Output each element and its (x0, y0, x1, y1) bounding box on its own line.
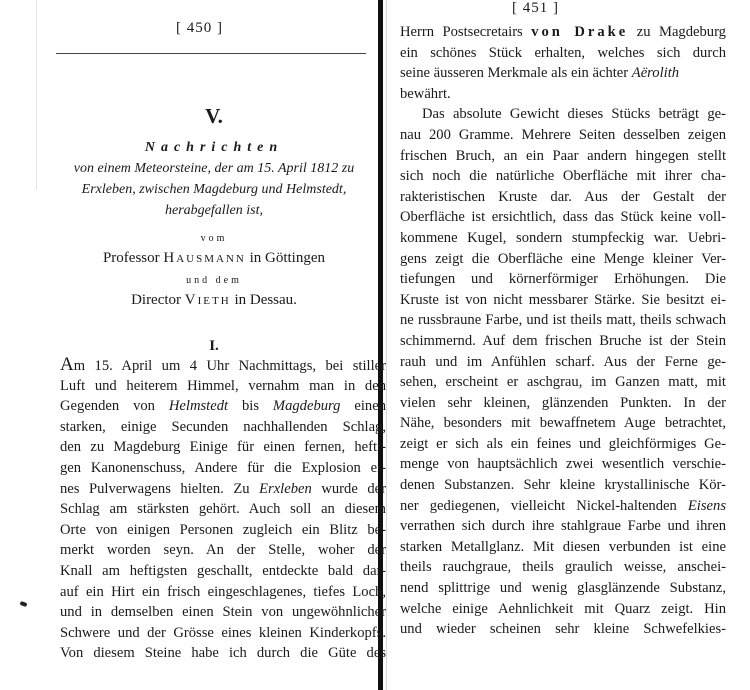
text-line: Das absolute Gewicht dieses Stücks beträ… (400, 104, 726, 125)
text-run: menge von hauptsächlich zwei wesentlich … (400, 456, 726, 472)
italic-term: Helmstedt (169, 398, 228, 414)
italic-term: Aërolith (632, 65, 679, 81)
text-line: denen Substanzen. Sehr kleine krystallin… (400, 475, 726, 496)
text-run: gen Kanonenschuss, Andere für die Explos… (60, 460, 386, 476)
text-run: sehen, erscheint er aschgrau, im Ganzen … (400, 374, 726, 390)
text-run: Am 15. April um 4 Uhr Nachmittags, bei s… (60, 358, 386, 374)
italic-term: Erxleben (259, 481, 312, 497)
text-line: rakteristischen Kruste dar. Aus der Gest… (400, 187, 726, 208)
text-run: Nähe, besonders mit bewaffnetem Auge bet… (400, 415, 726, 431)
text-line: Gegenden von Helmstedt bis Magdeburg ein… (60, 396, 386, 417)
text-line: bewährt. (400, 84, 726, 105)
text-run: seine äusseren Merkmale als ein ächter (400, 65, 632, 81)
text-run: Orte von einigen Personen zugleich ein B… (60, 522, 386, 538)
text-run: Luft und heiterem Himmel, vernahm man in… (60, 378, 386, 394)
text-run: einen (340, 398, 386, 414)
text-line: ne russbraune Farbe, und ist theils matt… (400, 310, 726, 331)
text-run: bis (228, 398, 273, 414)
text-line: starken Metallglanz. Mit diesen verbunde… (400, 537, 726, 558)
author-1: Professor Hausmann in Göttingen (56, 247, 372, 269)
text-line: Am 15. April um 4 Uhr Nachmittags, bei s… (60, 355, 386, 376)
text-run: denen Substanzen. Sehr kleine krystallin… (400, 477, 726, 493)
text-line: starken, einige Secunden nachhallenden S… (60, 417, 386, 438)
scan-artifact-line (36, 0, 37, 190)
subsection-numeral: I. (56, 338, 372, 355)
text-line: tiefungen und körnerförmiger Erhöhungen.… (400, 269, 726, 290)
text-run: starken, einige Secunden nachhallenden S… (60, 419, 386, 435)
text-run: rauh und im Anfühlen scharf. Aus der Fer… (400, 354, 726, 370)
text-line: nes Pulverwagens hielten. Zu Erxleben wu… (60, 479, 386, 500)
right-page: [ 451 ] Herrn Postsecretairs von Drake z… (392, 0, 732, 690)
text-run: zeigt er sich als ein feines und gleichf… (400, 436, 726, 452)
text-line: und wieder scheinen sehr kleine Schwefel… (400, 619, 726, 640)
text-line: merkt worden seyn. An der Stelle, woher … (60, 540, 386, 561)
text-run: sich noch die natürliche Oberfläche mit … (400, 168, 726, 184)
scan-speck (20, 601, 28, 607)
left-body-text: Am 15. April um 4 Uhr Nachmittags, bei s… (60, 355, 386, 664)
text-run: rakteristischen Kruste dar. Aus der Gest… (400, 189, 726, 205)
text-run: wurde der (312, 481, 386, 497)
text-run: auf ein Hirt ein frisch eingeschlagenes,… (60, 584, 386, 600)
author-2: Director Vieth in Dessau. (56, 289, 372, 311)
text-run: ein schönes Stück erhalten, welches sich… (400, 45, 726, 61)
text-line: den zu Magdeburg Einige für einen fernen… (60, 437, 386, 458)
text-line: menge von hauptsächlich zwei wesentlich … (400, 454, 726, 475)
text-run: gens zeigt die Oberfläche eine Menge kle… (400, 251, 726, 267)
author-2-title: Director (131, 292, 185, 308)
text-run: vielen sehr kleinen, glänzenden Punkten.… (400, 395, 726, 411)
byline-und-dem: und dem (56, 273, 372, 289)
author-2-place: in Dessau. (231, 292, 297, 308)
text-run: ner gediegenen, vielleicht Nickel-halten… (400, 498, 688, 514)
text-run: verrathen sich durch ihre stahlgraue Far… (400, 518, 726, 534)
text-run: nend splittrige und wenig glasglänzende … (400, 580, 726, 596)
left-page: [ 450 ] V. Nachrichten von einem Meteors… (56, 0, 372, 690)
author-1-title: Professor (103, 250, 163, 266)
text-line: auf ein Hirt ein frisch eingeschlagenes,… (60, 582, 386, 603)
text-run: den zu Magdeburg Einige für einen fernen… (60, 439, 386, 455)
article-title-block: Nachrichten von einem Meteorsteine, der … (56, 138, 372, 311)
text-line: seine äusseren Merkmale als ein ächter A… (400, 63, 726, 84)
text-run: Gegenden von (60, 398, 169, 414)
text-line: kommene Kugel, sondern stumpfeckig war. … (400, 228, 726, 249)
text-line: Nähe, besonders mit bewaffnetem Auge bet… (400, 413, 726, 434)
header-rule (56, 53, 366, 54)
author-1-place: in Göttingen (246, 250, 325, 266)
text-run: nes Pulverwagens hielten. Zu (60, 481, 259, 497)
text-run: Das absolute Gewicht dieses Stücks beträ… (422, 106, 726, 122)
page-number-right: [ 451 ] (512, 0, 559, 17)
text-line: vielen sehr kleinen, glänzenden Punkten.… (400, 393, 726, 414)
italic-term: Magdeburg (273, 398, 341, 414)
text-line: theils rauchgraue, theils graulich weiss… (400, 557, 726, 578)
text-line: Herrn Postsecretairs von Drake zu Magdeb… (400, 22, 726, 43)
text-line: zeigt er sich als ein feines und gleichf… (400, 434, 726, 455)
text-run: nau 200 Gramme. Mehrere Seiten desselben… (400, 127, 726, 143)
text-run: Schlag am stärksten gehört. Auch soll an… (60, 501, 386, 517)
author-2-name: Vieth (185, 292, 231, 308)
text-line: und in demselben einen Stein von ungewöh… (60, 602, 386, 623)
text-line: ein schönes Stück erhalten, welches sich… (400, 43, 726, 64)
text-line: Knall am heftigsten geschallt, entdeckte… (60, 561, 386, 582)
article-subtitle-line: Erxleben, zwischen Magdeburg und Helmste… (56, 179, 372, 200)
text-line: verrathen sich durch ihre stahlgraue Far… (400, 516, 726, 537)
text-run: Kruste ist von nicht messbarer Stärke. S… (400, 292, 726, 308)
text-run: und wieder scheinen sehr kleine Schwefel… (400, 621, 726, 637)
text-run: merkt worden seyn. An der Stelle, woher … (60, 542, 386, 558)
text-run: Oberfläche ist ersichtlich, dass das Stü… (400, 209, 726, 225)
text-run: und in demselben einen Stein von ungewöh… (60, 604, 386, 620)
text-run: bewährt. (400, 86, 451, 102)
right-body-text: Herrn Postsecretairs von Drake zu Magdeb… (400, 22, 726, 640)
page-number-left: [ 450 ] (176, 20, 223, 37)
text-line: Von diesem Steine habe ich durch die Güt… (60, 643, 386, 664)
text-line: Schlag am stärksten gehört. Auch soll an… (60, 499, 386, 520)
article-subtitle-line: von einem Meteorsteine, der am 15. April… (56, 158, 372, 179)
text-run: welche einige Aehnlichkeit mit Quarz zei… (400, 601, 726, 617)
spaced-name: von Drake (531, 24, 628, 40)
text-run: schimmernd. Auf dem frischen Bruche ist … (400, 333, 726, 349)
text-line: Oberfläche ist ersichtlich, dass das Stü… (400, 207, 726, 228)
text-run: theils rauchgraue, theils graulich weiss… (400, 559, 726, 575)
text-line: Kruste ist von nicht messbarer Stärke. S… (400, 290, 726, 311)
text-run: Knall am heftigsten geschallt, entdeckte… (60, 563, 386, 579)
text-run: Herrn Postsecretairs (400, 24, 531, 40)
section-numeral: V. (56, 104, 372, 129)
text-run: zu Magdeburg (628, 24, 726, 40)
text-run: frischen Bruch, an ein Paar andern hinge… (400, 148, 726, 164)
italic-term: Eisens (688, 498, 726, 514)
text-line: sehen, erscheint er aschgrau, im Ganzen … (400, 372, 726, 393)
article-title: Nachrichten (56, 138, 372, 158)
author-1-name: Hausmann (163, 250, 245, 266)
text-line: frischen Bruch, an ein Paar andern hinge… (400, 146, 726, 167)
text-run: ne russbraune Farbe, und ist theils matt… (400, 312, 726, 328)
text-line: schimmernd. Auf dem frischen Bruche ist … (400, 331, 726, 352)
text-run: starken Metallglanz. Mit diesen verbunde… (400, 539, 726, 555)
article-subtitle-line: herabgefallen ist, (56, 200, 372, 221)
text-line: nau 200 Gramme. Mehrere Seiten desselben… (400, 125, 726, 146)
text-line: Orte von einigen Personen zugleich ein B… (60, 520, 386, 541)
text-line: Luft und heiterem Himmel, vernahm man in… (60, 376, 386, 397)
text-line: gen Kanonenschuss, Andere für die Explos… (60, 458, 386, 479)
text-line: ner gediegenen, vielleicht Nickel-halten… (400, 496, 726, 517)
text-line: Schwere und der Grösse eines kleinen Kin… (60, 623, 386, 644)
text-line: gens zeigt die Oberfläche eine Menge kle… (400, 249, 726, 270)
text-line: sich noch die natürliche Oberfläche mit … (400, 166, 726, 187)
byline-vom: vom (56, 231, 372, 247)
text-run: tiefungen und körnerförmiger Erhöhungen.… (400, 271, 726, 287)
text-run: Von diesem Steine habe ich durch die Güt… (60, 645, 386, 661)
text-line: rauh und im Anfühlen scharf. Aus der Fer… (400, 352, 726, 373)
text-line: welche einige Aehnlichkeit mit Quarz zei… (400, 599, 726, 620)
gutter-shadow (386, 0, 387, 690)
text-line: nend splittrige und wenig glasglänzende … (400, 578, 726, 599)
text-run: Schwere und der Grösse eines kleinen Kin… (60, 625, 386, 641)
text-run: kommene Kugel, sondern stumpfeckig war. … (400, 230, 726, 246)
